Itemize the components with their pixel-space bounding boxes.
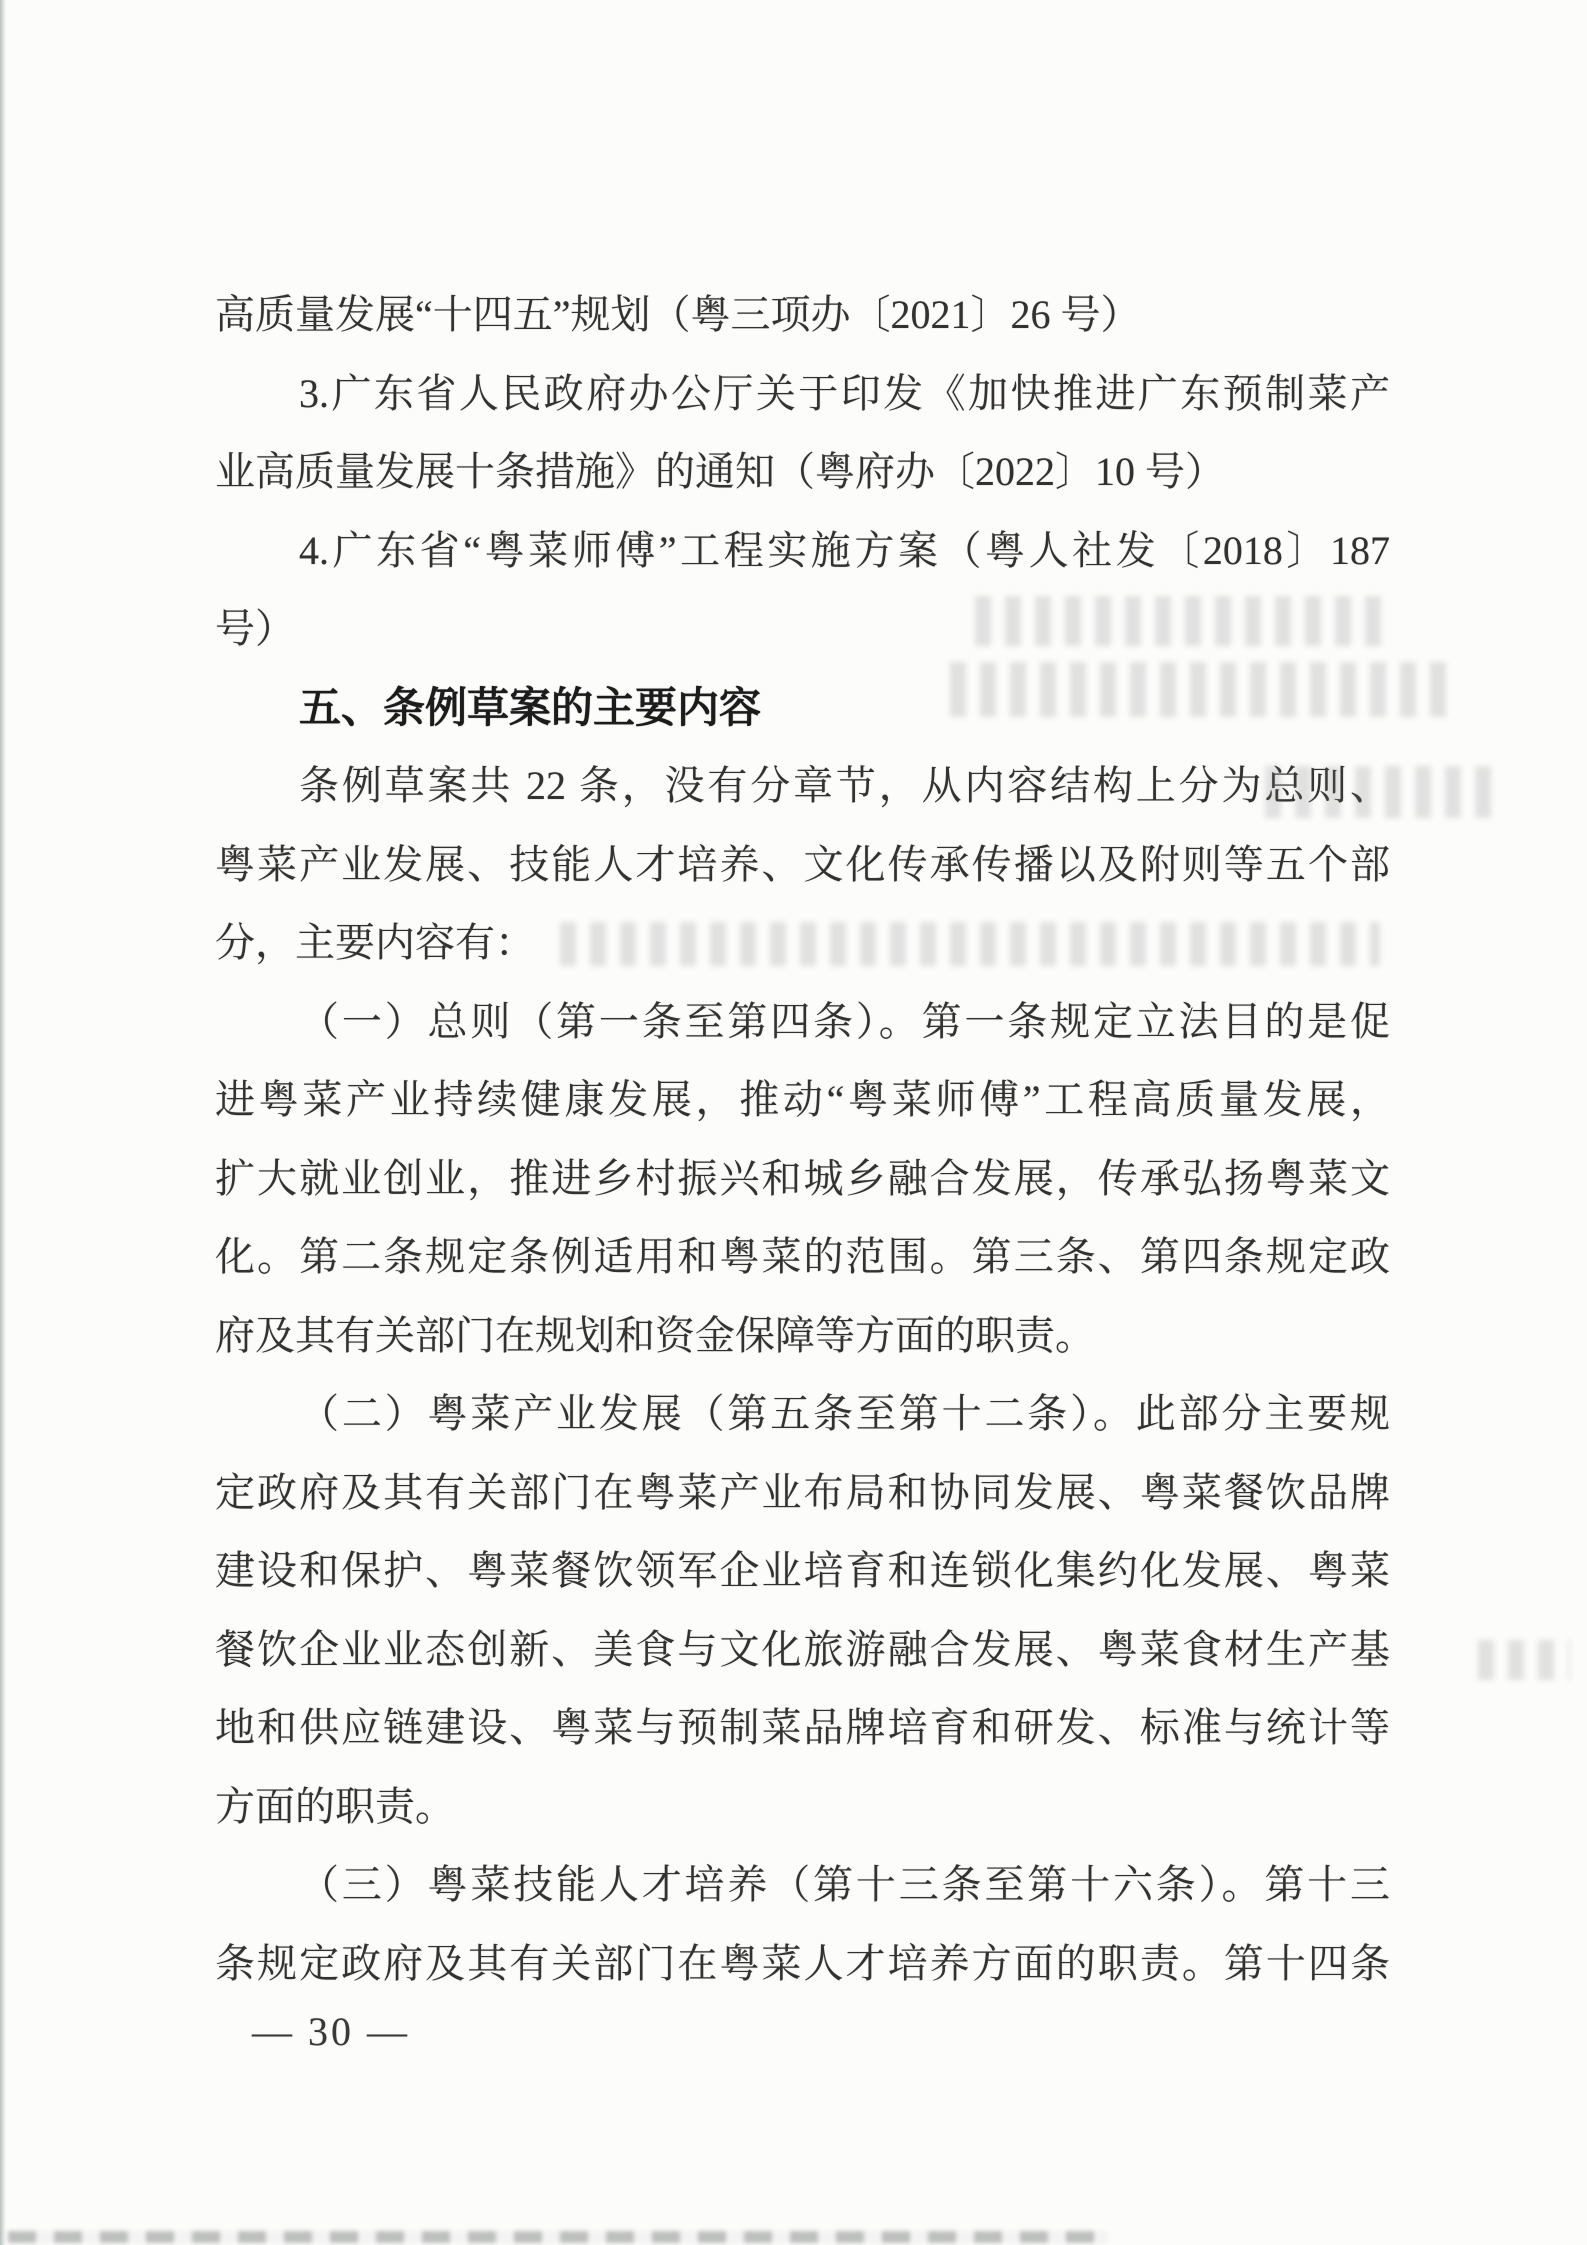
page-number: — 30 — (252, 2006, 410, 2058)
document-line: （二）粤菜产业发展（第五条至第十二条）。此部分主要规 (215, 1375, 1390, 1454)
document-line: 地和供应链建设、粤菜与预制菜品牌培育和研发、标准与统计等 (215, 1689, 1390, 1768)
document-line: 建设和保护、粤菜餐饮领军企业培育和连锁化集约化发展、粤菜 (215, 1532, 1390, 1611)
bleed-through-artifact (1265, 766, 1505, 818)
bleed-through-artifact (975, 596, 1395, 646)
document-line: 3.广东省人民政府办公厅关于印发《加快推进广东预制菜产 (215, 355, 1390, 434)
document-line: 府及其有关部门在规划和资金保障等方面的职责。 (215, 1297, 1390, 1376)
bleed-through-artifact (950, 662, 1450, 717)
scan-edge-artifact (0, 0, 6, 2245)
document-page: 高质量发展“十四五”规划（粤三项办〔2021〕26 号）3.广东省人民政府办公厅… (0, 0, 1587, 2245)
document-line: 条例草案共 22 条，没有分章节，从内容结构上分为总则、 (215, 747, 1390, 826)
document-line: 业高质量发展十条措施》的通知（粤府办〔2022〕10 号） (215, 433, 1390, 512)
document-body: 高质量发展“十四五”规划（粤三项办〔2021〕26 号）3.广东省人民政府办公厅… (215, 276, 1390, 2003)
document-line: 粤菜产业发展、技能人才培养、文化传承传播以及附则等五个部 (215, 826, 1390, 905)
document-line: （一）总则（第一条至第四条）。第一条规定立法目的是促 (215, 983, 1390, 1062)
document-line: （三）粤菜技能人才培养（第十三条至第十六条）。第十三 (215, 1846, 1390, 1925)
document-line: 条规定政府及其有关部门在粤菜人才培养方面的职责。第十四条 (215, 1925, 1390, 2004)
document-line: 餐饮企业业态创新、美食与文化旅游融合发展、粤菜食材生产基 (215, 1611, 1390, 1690)
document-line: 定政府及其有关部门在粤菜产业布局和协同发展、粤菜餐饮品牌 (215, 1454, 1390, 1533)
document-line: 扩大就业创业，推进乡村振兴和城乡融合发展，传承弘扬粤菜文 (215, 1140, 1390, 1219)
document-line: 高质量发展“十四五”规划（粤三项办〔2021〕26 号） (215, 276, 1390, 355)
bleed-through-artifact (560, 922, 1380, 966)
bleed-through-artifact (1478, 1640, 1570, 1680)
document-line: 进粤菜产业持续健康发展，推动“粤菜师傅”工程高质量发展， (215, 1061, 1390, 1140)
document-line: 方面的职责。 (215, 1768, 1390, 1847)
document-line: 4.广东省“粤菜师傅”工程实施方案（粤人社发〔2018〕187 (215, 512, 1390, 591)
scan-edge-artifact (8, 2231, 1108, 2243)
document-line: 化。第二条规定条例适用和粤菜的范围。第三条、第四条规定政 (215, 1218, 1390, 1297)
